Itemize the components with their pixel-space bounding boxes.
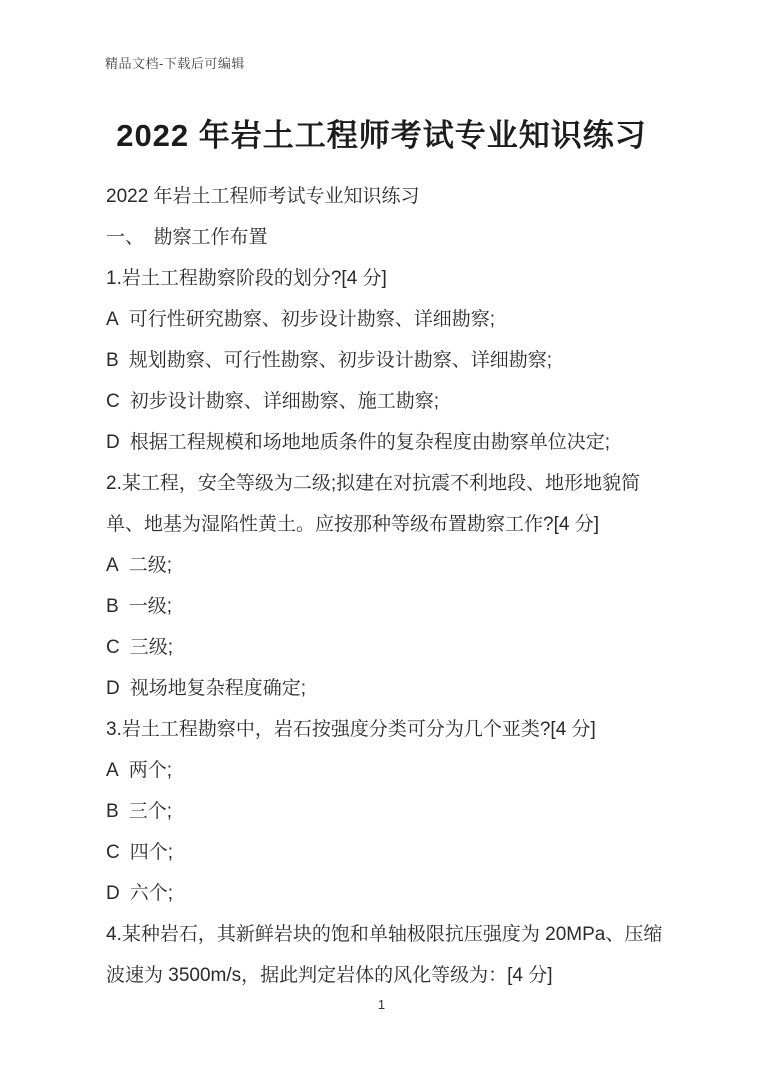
question-stem-line: 4.某种岩石，其新鲜岩块的饱和单轴极限抗压强度为 20MPa、压缩	[106, 914, 665, 955]
option-letter: A	[106, 299, 119, 340]
option-text: 根据工程规模和场地地质条件的复杂程度由勘察单位决定;	[130, 432, 610, 453]
option-letter: D	[106, 422, 120, 463]
option-line-c: C四个;	[106, 832, 665, 873]
option-line-d: D六个;	[106, 873, 665, 914]
option-letter: B	[106, 791, 119, 832]
option-text: 六个;	[130, 883, 173, 904]
option-text: 初步设计勘察、详细勘察、施工勘察;	[130, 391, 439, 412]
question-stem-line: 1.岩土工程勘察阶段的划分?[4 分]	[106, 258, 665, 299]
option-text: 可行性研究勘察、初步设计勘察、详细勘察;	[129, 309, 495, 330]
option-line-d: D视场地复杂程度确定;	[106, 668, 665, 709]
option-line-c: C三级;	[106, 627, 665, 668]
question-stem-line: 3.岩土工程勘察中，岩石按强度分类可分为几个亚类?[4 分]	[106, 709, 665, 750]
option-letter: C	[106, 832, 120, 873]
option-letter: A	[106, 545, 119, 586]
option-line-a: A二级;	[106, 545, 665, 586]
option-letter: C	[106, 381, 120, 422]
option-text: 二级;	[129, 555, 172, 576]
option-text: 两个;	[129, 760, 172, 781]
option-text: 四个;	[130, 842, 173, 863]
option-line-c: C初步设计勘察、详细勘察、施工勘察;	[106, 381, 665, 422]
watermark-text: 精品文档-下载后可编辑	[105, 53, 245, 72]
question-3: 3.岩土工程勘察中，岩石按强度分类可分为几个亚类?[4 分] A两个; B三个;…	[106, 709, 665, 914]
document-title: 2022 年岩土工程师考试专业知识练习	[0, 110, 763, 155]
option-letter: B	[106, 340, 119, 381]
question-4: 4.某种岩石，其新鲜岩块的饱和单轴极限抗压强度为 20MPa、压缩 波速为 35…	[106, 914, 665, 996]
option-line-b: B一级;	[106, 586, 665, 627]
section-heading: 一、 勘察工作布置	[106, 217, 665, 258]
question-stem-line: 2.某工程，安全等级为二级;拟建在对抗震不利地段、地形地貌简	[106, 463, 665, 504]
option-letter: B	[106, 586, 119, 627]
option-letter: D	[106, 668, 120, 709]
option-text: 三个;	[129, 801, 172, 822]
question-stem-line: 单、地基为湿陷性黄土。应按那种等级布置勘察工作?[4 分]	[106, 504, 665, 545]
question-2: 2.某工程，安全等级为二级;拟建在对抗震不利地段、地形地貌简 单、地基为湿陷性黄…	[106, 463, 665, 709]
document-body: 2022 年岩土工程师考试专业知识练习 一、 勘察工作布置 1.岩土工程勘察阶段…	[106, 176, 665, 996]
option-line-a: A可行性研究勘察、初步设计勘察、详细勘察;	[106, 299, 665, 340]
question-stem-line: 波速为 3500m/s，据此判定岩体的风化等级为：[4 分]	[106, 955, 665, 996]
option-text: 一级;	[129, 596, 172, 617]
option-letter: C	[106, 627, 120, 668]
subtitle-line: 2022 年岩土工程师考试专业知识练习	[106, 176, 665, 217]
option-line-b: B规划勘察、可行性勘察、初步设计勘察、详细勘察;	[106, 340, 665, 381]
option-text: 三级;	[130, 637, 173, 658]
option-line-a: A两个;	[106, 750, 665, 791]
document-page: 精品文档-下载后可编辑 2022 年岩土工程师考试专业知识练习 2022 年岩土…	[0, 0, 763, 1080]
option-line-d: D根据工程规模和场地地质条件的复杂程度由勘察单位决定;	[106, 422, 665, 463]
option-line-b: B三个;	[106, 791, 665, 832]
option-letter: A	[106, 750, 119, 791]
option-letter: D	[106, 873, 120, 914]
question-1: 1.岩土工程勘察阶段的划分?[4 分] A可行性研究勘察、初步设计勘察、详细勘察…	[106, 258, 665, 463]
page-number: 1	[0, 997, 763, 1012]
option-text: 视场地复杂程度确定;	[130, 678, 306, 699]
option-text: 规划勘察、可行性勘察、初步设计勘察、详细勘察;	[129, 350, 552, 371]
